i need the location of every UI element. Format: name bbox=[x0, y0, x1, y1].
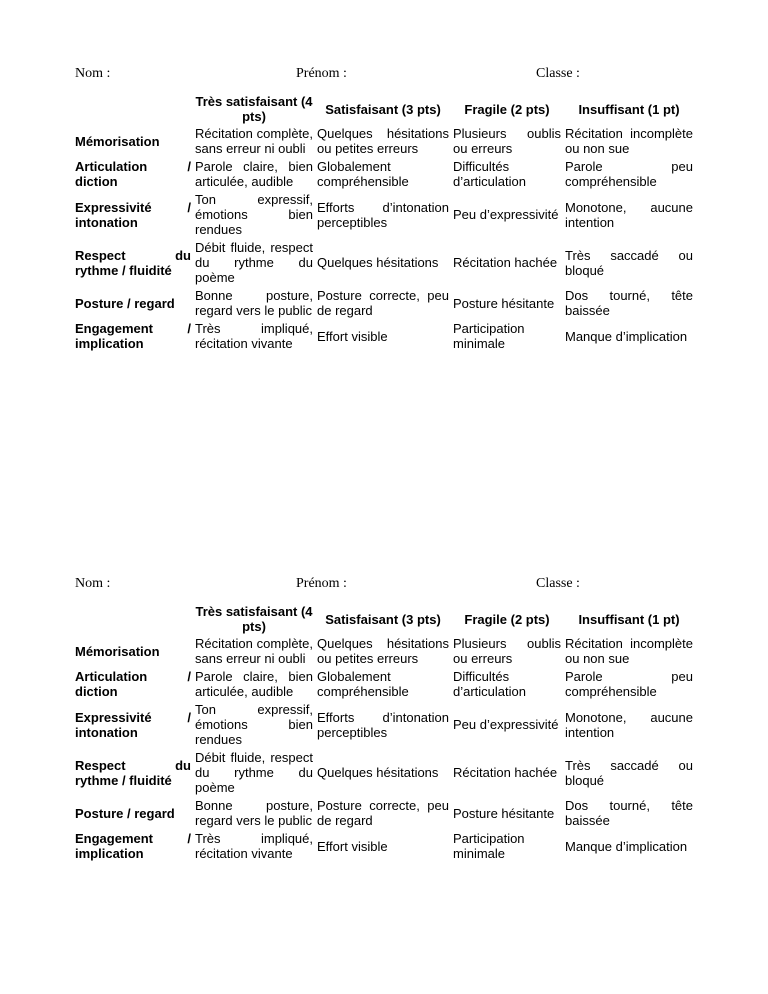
criterion-cell: Expressivité / intonation bbox=[73, 192, 193, 240]
level-2-cell: Participation minimale bbox=[451, 831, 563, 864]
level-1-cell: Dos tourné, tête baissée bbox=[563, 798, 695, 831]
level-1-cell: Dos tourné, tête baissée bbox=[563, 288, 695, 321]
level-3-cell: Quelques hésitations bbox=[315, 240, 451, 288]
header-level-3: Satisfaisant (3 pts) bbox=[315, 604, 451, 636]
header-level-2: Fragile (2 pts) bbox=[451, 604, 563, 636]
level-3-cell: Posture correcte, peu de regard bbox=[315, 288, 451, 321]
level-2-cell: Récitation hachée bbox=[451, 240, 563, 288]
table-row: Expressivité / intonationTon expressif, … bbox=[73, 192, 695, 240]
level-1-cell: Récitation incomplète ou non sue bbox=[563, 126, 695, 159]
table-row: MémorisationRécitation complète, sans er… bbox=[73, 126, 695, 159]
level-4-cell: Récitation complète, sans erreur ni oubl… bbox=[193, 636, 315, 669]
level-1-cell: Très saccadé ou bloqué bbox=[563, 240, 695, 288]
table-row: MémorisationRécitation complète, sans er… bbox=[73, 636, 695, 669]
criterion-cell: Expressivité / intonation bbox=[73, 702, 193, 750]
level-3-cell: Posture correcte, peu de regard bbox=[315, 798, 451, 831]
level-1-cell: Parole peu compréhensible bbox=[563, 159, 695, 192]
level-3-cell: Effort visible bbox=[315, 831, 451, 864]
level-4-cell: Récitation complète, sans erreur ni oubl… bbox=[193, 126, 315, 159]
level-1-cell: Manque d’implication bbox=[563, 831, 695, 864]
header-level-1: Insuffisant (1 pt) bbox=[563, 604, 695, 636]
header-row: Très satisfaisant (4 pts) Satisfaisant (… bbox=[73, 604, 695, 636]
level-4-cell: Ton expressif, émotions bien rendues bbox=[193, 702, 315, 750]
classe-field-label: Classe : bbox=[536, 66, 580, 82]
criterion-cell: Engagement / implication bbox=[73, 831, 193, 864]
header-level-3: Satisfaisant (3 pts) bbox=[315, 94, 451, 126]
criterion-cell: Posture / regard bbox=[73, 288, 193, 321]
level-1-cell: Monotone, aucune intention bbox=[563, 702, 695, 750]
level-3-cell: Efforts d’intonation perceptibles bbox=[315, 702, 451, 750]
table-row: Engagement / implicationTrès impliqué, r… bbox=[73, 831, 695, 864]
rubric-table: Très satisfaisant (4 pts) Satisfaisant (… bbox=[73, 604, 695, 864]
level-3-cell: Quelques hésitations ou petites erreurs bbox=[315, 636, 451, 669]
level-3-cell: Effort visible bbox=[315, 321, 451, 354]
table-row: Articulation / dictionParole claire, bie… bbox=[73, 669, 695, 702]
criterion-cell: Engagement / implication bbox=[73, 321, 193, 354]
level-1-cell: Récitation incomplète ou non sue bbox=[563, 636, 695, 669]
criterion-cell: Posture / regard bbox=[73, 798, 193, 831]
student-fields: Nom : Prénom : Classe : bbox=[0, 576, 768, 596]
level-3-cell: Globalement compréhensible bbox=[315, 669, 451, 702]
level-3-cell: Quelques hésitations bbox=[315, 750, 451, 798]
classe-field-label: Classe : bbox=[536, 576, 580, 592]
level-1-cell: Manque d’implication bbox=[563, 321, 695, 354]
nom-field-label: Nom : bbox=[75, 576, 110, 592]
level-4-cell: Très impliqué, récitation vivante bbox=[193, 831, 315, 864]
criterion-cell: Respect du rythme / fluidité bbox=[73, 240, 193, 288]
level-4-cell: Débit fluide, respect du rythme du poème bbox=[193, 240, 315, 288]
level-1-cell: Très saccadé ou bloqué bbox=[563, 750, 695, 798]
criterion-cell: Mémorisation bbox=[73, 636, 193, 669]
level-4-cell: Parole claire, bien articulée, audible bbox=[193, 159, 315, 192]
table-row: Engagement / implicationTrès impliqué, r… bbox=[73, 321, 695, 354]
level-2-cell: Peu d’expressivité bbox=[451, 702, 563, 750]
level-2-cell: Plusieurs oublis ou erreurs bbox=[451, 126, 563, 159]
prenom-field-label: Prénom : bbox=[296, 66, 347, 82]
criterion-cell: Articulation / diction bbox=[73, 159, 193, 192]
criterion-cell: Respect du rythme / fluidité bbox=[73, 750, 193, 798]
header-level-2: Fragile (2 pts) bbox=[451, 94, 563, 126]
table-row: Expressivité / intonationTon expressif, … bbox=[73, 702, 695, 750]
table-row: Respect du rythme / fluiditéDébit fluide… bbox=[73, 750, 695, 798]
nom-field-label: Nom : bbox=[75, 66, 110, 82]
level-4-cell: Bonne posture, regard vers le public bbox=[193, 798, 315, 831]
criterion-cell: Mémorisation bbox=[73, 126, 193, 159]
level-3-cell: Efforts d’intonation perceptibles bbox=[315, 192, 451, 240]
level-4-cell: Parole claire, bien articulée, audible bbox=[193, 669, 315, 702]
rubric-sheet: Nom : Prénom : Classe : Très satisfaisan… bbox=[0, 66, 768, 86]
level-2-cell: Plusieurs oublis ou erreurs bbox=[451, 636, 563, 669]
level-2-cell: Récitation hachée bbox=[451, 750, 563, 798]
level-2-cell: Difficultés d’articulation bbox=[451, 669, 563, 702]
level-2-cell: Posture hésitante bbox=[451, 288, 563, 321]
header-criterion bbox=[73, 604, 193, 636]
table-row: Respect du rythme / fluiditéDébit fluide… bbox=[73, 240, 695, 288]
level-4-cell: Débit fluide, respect du rythme du poème bbox=[193, 750, 315, 798]
table-row: Articulation / dictionParole claire, bie… bbox=[73, 159, 695, 192]
header-criterion bbox=[73, 94, 193, 126]
level-2-cell: Participation minimale bbox=[451, 321, 563, 354]
level-4-cell: Bonne posture, regard vers le public bbox=[193, 288, 315, 321]
table-row: Posture / regardBonne posture, regard ve… bbox=[73, 288, 695, 321]
level-1-cell: Monotone, aucune intention bbox=[563, 192, 695, 240]
prenom-field-label: Prénom : bbox=[296, 576, 347, 592]
rubric-sheet: Nom : Prénom : Classe : Très satisfaisan… bbox=[0, 576, 768, 596]
table-row: Posture / regardBonne posture, regard ve… bbox=[73, 798, 695, 831]
level-4-cell: Très impliqué, récitation vivante bbox=[193, 321, 315, 354]
level-4-cell: Ton expressif, émotions bien rendues bbox=[193, 192, 315, 240]
level-3-cell: Quelques hésitations ou petites erreurs bbox=[315, 126, 451, 159]
level-1-cell: Parole peu compréhensible bbox=[563, 669, 695, 702]
header-row: Très satisfaisant (4 pts) Satisfaisant (… bbox=[73, 94, 695, 126]
header-level-1: Insuffisant (1 pt) bbox=[563, 94, 695, 126]
level-3-cell: Globalement compréhensible bbox=[315, 159, 451, 192]
criterion-cell: Articulation / diction bbox=[73, 669, 193, 702]
level-2-cell: Peu d’expressivité bbox=[451, 192, 563, 240]
header-level-4: Très satisfaisant (4 pts) bbox=[193, 604, 315, 636]
level-2-cell: Difficultés d’articulation bbox=[451, 159, 563, 192]
rubric-table: Très satisfaisant (4 pts) Satisfaisant (… bbox=[73, 94, 695, 354]
level-2-cell: Posture hésitante bbox=[451, 798, 563, 831]
student-fields: Nom : Prénom : Classe : bbox=[0, 66, 768, 86]
header-level-4: Très satisfaisant (4 pts) bbox=[193, 94, 315, 126]
